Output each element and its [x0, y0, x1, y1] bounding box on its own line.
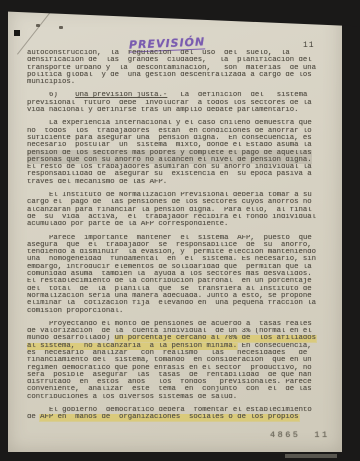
text-segment: de valorización de la cuenta individual …: [27, 328, 312, 335]
text-segment: suficiente para asegurar una pensión dig…: [27, 135, 312, 142]
text-segment: Normalización sería una manera adecuada.…: [27, 293, 312, 300]
text-segment: El resto de los trabajadores asumirán co…: [27, 164, 312, 171]
document-line: La experiencia internacional y el caso c…: [27, 120, 325, 127]
text-segment: de su vida activa, el trabajador recibir…: [27, 214, 316, 221]
text-segment: del total de la planilla que se transfie…: [27, 286, 312, 293]
document-line: contribuciones a los diversos sistemas d…: [27, 394, 325, 401]
paragraph: El gobierno democrático deberá fomentar …: [27, 407, 325, 422]
document-line: suficiente para asegurar una pensión dig…: [27, 135, 325, 142]
document-line: pensión de los sectores más pobres y com…: [27, 150, 325, 157]
document-line: es necesario analizar con realismo las n…: [27, 350, 325, 357]
document-line: conveniente, analizar este tema en conju…: [27, 386, 325, 393]
text-segment: tendiendo a disminuir la evasión, y perm…: [27, 249, 316, 256]
document-line: política global y de una gestión descent…: [27, 72, 325, 79]
text-segment: autoconstrucción, la regulación del uso …: [27, 50, 290, 57]
text-segment: pensión de los sectores más pobres y com…: [27, 150, 312, 157]
text-segment: 6): [49, 92, 75, 99]
document-line: una homogeneidad fundamental en el siste…: [27, 256, 325, 263]
text-segment: será posible asegurar las tasas de renta…: [27, 372, 312, 379]
document-line: embargo, introducir elementos de solidar…: [27, 264, 325, 271]
document-line: al sistema, no alcanzaría a la pensión m…: [27, 343, 325, 350]
document-line: vida nacional y definirse tras un amplio…: [27, 107, 325, 114]
highlighted-text: un porcentaje cercano al 70% de los afil…: [115, 335, 316, 342]
text-segment: es necesario analizar con realismo las n…: [27, 350, 307, 357]
highlighted-text: al sistema, no alcanzaría a la pensión m…: [27, 343, 237, 350]
scanned-page-background: PREVISIÓN 11 autoconstrucción, la regula…: [0, 0, 360, 461]
paragraph: autoconstrucción, la regulación del uso …: [27, 50, 325, 86]
text-segment: responsabilidad de asegurar su existenci…: [27, 171, 312, 178]
text-segment: conveniente, analizar este tema en conju…: [27, 386, 312, 393]
paragraph: 6) Una previsión justa.- La definición d…: [27, 92, 325, 114]
text-segment: En consecuencia,: [237, 343, 311, 350]
document-line: responsabilidad de asegurar su existenci…: [27, 171, 325, 178]
page-number: 11: [303, 41, 315, 50]
text-segment: una homogeneidad fundamental en el siste…: [27, 256, 316, 263]
text-segment: de: [27, 414, 40, 421]
document-line: El gobierno democrático deberá fomentar …: [27, 407, 325, 414]
text-segment: financiamiento del sistema, tomando en c…: [27, 357, 312, 364]
document-line: El restablecimiento de la contribución p…: [27, 278, 325, 285]
document-line: necesario postular un sistema mixto, don…: [27, 142, 325, 149]
document-line: alcanzarán para financiar la pensión dig…: [27, 207, 325, 214]
paragraph: Proyectando el monto de pensiones de acu…: [27, 321, 325, 401]
document-line: cargo el pago de las pensiones de los se…: [27, 199, 325, 206]
ink-mark: [36, 24, 40, 27]
document-line: El resto de los trabajadores asumirán co…: [27, 164, 325, 171]
document-line: El Instituto de Normalización Previsiona…: [27, 192, 325, 199]
document-line: Normalización sería una manera adecuada.…: [27, 293, 325, 300]
document-line: disfrutado en estos años los fondos prev…: [27, 379, 325, 386]
paragraph: La experiencia internacional y el caso c…: [27, 120, 325, 186]
document-line: través del mecanismo de las AFP.: [27, 179, 325, 186]
text-segment: vida nacional y definirse tras un amplio…: [27, 107, 299, 114]
document-line: eliminar la cotización fija elevando en …: [27, 300, 325, 307]
scan-artifact: [14, 30, 20, 36]
document-line: comunidad asuma también la ayuda a los s…: [27, 271, 325, 278]
document-line: tendiendo a disminuir la evasión, y perm…: [27, 249, 325, 256]
document-line: 6) Una previsión justa.- La definición d…: [27, 92, 325, 99]
document-stamp: 486511: [270, 430, 330, 440]
text-segment: mundo desarrollado): [27, 335, 115, 342]
document-line: acumulado por parte de la AFP correspond…: [27, 221, 325, 228]
text-segment: través del mecanismo de las AFP.: [27, 179, 167, 186]
document-line: municipios.: [27, 79, 325, 86]
text-segment: Parece importante mantener el sistema AF…: [49, 235, 312, 242]
text-segment: El restablecimiento de la contribución p…: [27, 278, 312, 285]
document-line: de valorización de la cuenta individual …: [27, 328, 325, 335]
document-line: comisión proporcional.: [27, 308, 325, 315]
text-segment: La definición del sistema: [167, 92, 307, 99]
text-segment: asegura que el trabajador se responsabil…: [27, 242, 312, 249]
document-line: transporte urbano y la descontaminación,…: [27, 65, 325, 72]
document-line: asegura que el trabajador se responsabil…: [27, 242, 325, 249]
document-line: será posible asegurar las tasas de renta…: [27, 372, 325, 379]
document-line: previsional futuro debe involucrar a tod…: [27, 100, 325, 107]
page-crease-line: [17, 11, 51, 54]
text-segment: no todos los trabajadores están en condi…: [27, 128, 312, 135]
underlined-text: Una previsión justa.-: [75, 92, 167, 99]
text-segment: El gobierno democrático deberá fomentar …: [49, 407, 312, 414]
document-body: autoconstrucción, la regulación del uso …: [27, 50, 325, 428]
text-segment: Proyectando el monto de pensiones de acu…: [49, 321, 312, 328]
text-segment: La experiencia internacional y el caso c…: [49, 120, 312, 127]
text-segment: municipios.: [27, 79, 75, 86]
document-line: del total de la planilla que se transfie…: [27, 286, 325, 293]
document-line: financiamiento del sistema, tomando en c…: [27, 357, 325, 364]
ink-mark: [59, 26, 63, 29]
document-line: régimen democrático que pone énfasis en …: [27, 365, 325, 372]
text-segment: El Instituto de Normalización Previsiona…: [49, 192, 312, 199]
text-segment: necesario postular un sistema mixto, don…: [27, 142, 312, 149]
text-segment: acumulado por parte de la AFP correspond…: [27, 221, 228, 228]
text-segment: contribuciones a los diversos sistemas d…: [27, 394, 237, 401]
document-line: de AFP en manos de organizaciones social…: [27, 414, 325, 421]
document-line: Parece importante mantener el sistema AF…: [27, 235, 325, 242]
text-segment: política global y de una gestión descent…: [27, 72, 312, 79]
document-line: de su vida activa, el trabajador recibir…: [27, 214, 325, 221]
text-segment: transporte urbano y la descontaminación,…: [27, 65, 316, 72]
document-line: densificación de las grandes ciudades, l…: [27, 57, 325, 64]
paragraph: Parece importante mantener el sistema AF…: [27, 235, 325, 315]
document-line: no todos los trabajadores están en condi…: [27, 128, 325, 135]
text-segment: comunidad asuma también la ayuda a los s…: [27, 271, 312, 278]
text-segment: alcanzarán para financiar la pensión dig…: [27, 207, 312, 214]
text-segment: personas que con su ahorro no alcancen e…: [27, 157, 312, 164]
document-line: autoconstrucción, la regulación del uso …: [27, 50, 325, 57]
text-segment: disfrutado en estos años los fondos prev…: [27, 379, 312, 386]
text-segment: densificación de las grandes ciudades, l…: [27, 57, 312, 64]
paragraph: El Instituto de Normalización Previsiona…: [27, 192, 325, 228]
text-segment: eliminar la cotización fija elevando en …: [27, 300, 316, 307]
highlighted-text: AFP en manos de organizaciones sociales …: [40, 414, 298, 421]
document-line: personas que con su ahorro no alcancen e…: [27, 157, 325, 164]
text-segment: cargo el pago de las pensiones de los se…: [27, 199, 312, 206]
text-segment: comisión proporcional.: [27, 308, 123, 315]
document-line: mundo desarrollado) un porcentaje cercan…: [27, 335, 325, 342]
text-segment: régimen democrático que pone énfasis en …: [27, 365, 312, 372]
text-segment: embargo, introducir elementos de solidar…: [27, 264, 312, 271]
stamp-page-number: 11: [314, 430, 329, 440]
document-line: Proyectando el monto de pensiones de acu…: [27, 321, 325, 328]
scan-artifact: [285, 454, 337, 458]
stamp-number: 4865: [270, 430, 300, 440]
text-segment: previsional futuro debe involucrar a tod…: [27, 100, 312, 107]
